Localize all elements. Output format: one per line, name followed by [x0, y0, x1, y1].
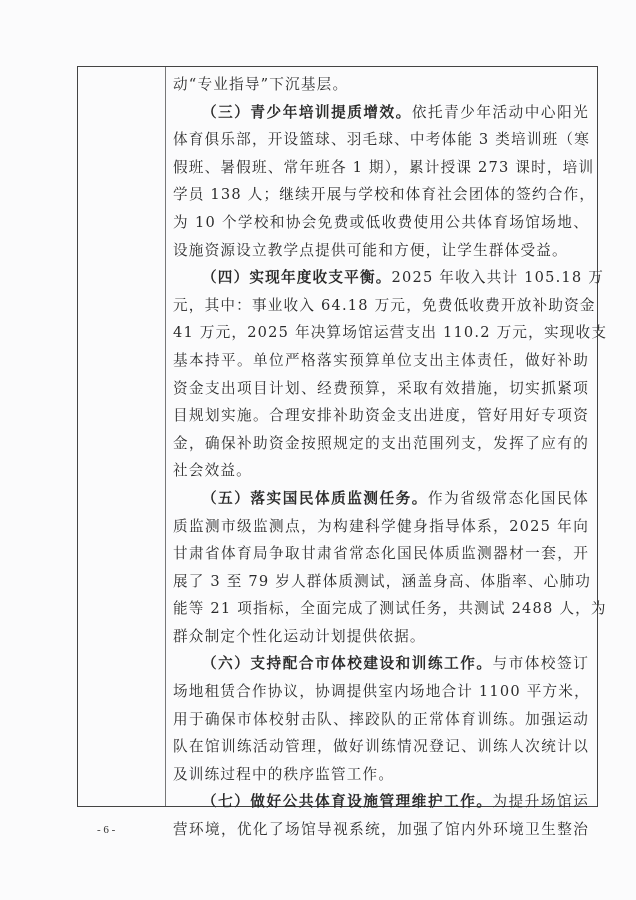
- text-line: 质监测市级监测点，为构建科学健身指导体系，2025 年向: [173, 513, 589, 541]
- text-line: 队在馆训练活动管理，做好训练情况登记、训练人次统计以: [173, 733, 589, 761]
- text-line: 动“专业指导”下沉基层。: [173, 71, 589, 99]
- paragraph-text: 资金支出项目计划、经费预算，采取有效措施，切实抓紧项: [173, 380, 589, 397]
- section-heading: （七）做好公共体育设施管理维护工作。: [202, 793, 493, 810]
- text-line: （四）实现年度收支平衡。2025 年收入共计 105.18 万: [173, 264, 589, 292]
- text-line: （六）支持配合市体校建设和训练工作。与市体校签订: [173, 650, 589, 678]
- text-line: 能等 21 项指标，全面完成了测试任务，共测试 2488 人，为: [173, 595, 589, 623]
- paragraph-text: 假班、暑假班、常年班各 1 期），累计授课 273 课时，培训: [173, 159, 594, 176]
- paragraph-text: 及训练过程中的秩序监管工作。: [173, 766, 394, 783]
- text-line: （五）落实国民体质监测任务。作为省级常态化国民体: [173, 485, 589, 513]
- paragraph-text: 为 10 个学校和协会免费或低收费使用公共体育场馆场地、: [173, 214, 589, 231]
- paragraph-text: 设施资源设立教学点提供可能和方便，让学生群体受益。: [173, 242, 568, 259]
- section-heading: （五）落实国民体质监测任务。: [202, 490, 428, 507]
- text-line: 社会效益。: [173, 457, 589, 485]
- text-line: 设施资源设立教学点提供可能和方便，让学生群体受益。: [173, 237, 589, 265]
- paragraph-text: 依托青少年活动中心阳光: [412, 104, 589, 121]
- text-line: 为 10 个学校和协会免费或低收费使用公共体育场馆场地、: [173, 209, 589, 237]
- paragraph-text: 41 万元，2025 年决算场馆运营支出 110.2 万元，实现收支: [173, 324, 607, 341]
- paragraph-text: 群众制定个性化运动计划提供依据。: [173, 628, 426, 645]
- text-line: 营环境，优化了场馆导视系统，加强了馆内外环境卫生整治: [173, 816, 589, 844]
- paragraph-text: 用于确保市体校射击队、摔跤队的正常体育训练。加强运动: [173, 711, 589, 728]
- content-table: 动“专业指导”下沉基层。（三）青少年培训提质增效。依托青少年活动中心阳光体育俱乐…: [77, 66, 598, 807]
- paragraph-text: 队在馆训练活动管理，做好训练情况登记、训练人次统计以: [173, 738, 589, 755]
- text-line: 学员 138 人；继续开展与学校和体育社会团体的签约合作，: [173, 181, 589, 209]
- text-line: 基本持平。单位严格落实预算单位支出主体责任，做好补助: [173, 347, 589, 375]
- paragraph-text: 学员 138 人；继续开展与学校和体育社会团体的签约合作，: [173, 186, 595, 203]
- table-right-cell: 动“专业指导”下沉基层。（三）青少年培训提质增效。依托青少年活动中心阳光体育俱乐…: [166, 67, 597, 806]
- table-left-cell: [78, 67, 166, 806]
- paragraph-text: 场地租赁合作协议，协调提供室内场地合计 1100 平方米，: [173, 683, 590, 700]
- text-line: 41 万元，2025 年决算场馆运营支出 110.2 万元，实现收支: [173, 319, 589, 347]
- paragraph-text: 动“专业指导”下沉基层。: [173, 76, 348, 93]
- paragraph-text: 作为省级常态化国民体: [428, 490, 589, 507]
- paragraph-text: 社会效益。: [173, 462, 252, 479]
- text-line: 假班、暑假班、常年班各 1 期），累计授课 273 课时，培训: [173, 154, 589, 182]
- paragraph-text: 基本持平。单位严格落实预算单位支出主体责任，做好补助: [173, 352, 589, 369]
- text-line: 资金支出项目计划、经费预算，采取有效措施，切实抓紧项: [173, 375, 589, 403]
- text-line: 元，其中：事业收入 64.18 万元，免费低收费开放补助资金: [173, 292, 589, 320]
- paragraph-text: 营环境，优化了场馆导视系统，加强了馆内外环境卫生整治: [173, 821, 589, 838]
- paragraph-text: 质监测市级监测点，为构建科学健身指导体系，2025 年向: [173, 518, 589, 535]
- text-line: 展了 3 至 79 岁人群体质测试，涵盖身高、体脂率、心肺功: [173, 568, 589, 596]
- paragraph-text: 能等 21 项指标，全面完成了测试任务，共测试 2488 人，为: [173, 600, 607, 617]
- paragraph-text: 甘肃省体育局争取甘肃省常态化国民体质监测器材一套，开: [173, 545, 589, 562]
- text-line: 甘肃省体育局争取甘肃省常态化国民体质监测器材一套，开: [173, 540, 589, 568]
- section-heading: （六）支持配合市体校建设和训练工作。: [202, 655, 493, 672]
- section-heading: （三）青少年培训提质增效。: [202, 104, 412, 121]
- text-line: 体育俱乐部，开设篮球、羽毛球、中考体能 3 类培训班（寒: [173, 126, 589, 154]
- paragraph-text: 元，其中：事业收入 64.18 万元，免费低收费开放补助资金: [173, 297, 596, 314]
- text-line: 目规划实施。合理安排补助资金支出进度，管好用好专项资: [173, 402, 589, 430]
- text-line: 群众制定个性化运动计划提供依据。: [173, 623, 589, 651]
- text-line: 及训练过程中的秩序监管工作。: [173, 761, 589, 789]
- paragraph-text: 为提升场馆运: [493, 793, 590, 810]
- paragraph-text: 体育俱乐部，开设篮球、羽毛球、中考体能 3 类培训班（寒: [173, 131, 590, 148]
- text-line: （三）青少年培训提质增效。依托青少年活动中心阳光: [173, 99, 589, 127]
- text-line: 金，确保补助资金按照规定的支出范围列支，发挥了应有的: [173, 430, 589, 458]
- paragraph-text: 与市体校签订: [493, 655, 590, 672]
- section-heading: （四）实现年度收支平衡。: [202, 269, 392, 286]
- page-number: - 6 -: [97, 824, 115, 836]
- paragraph-text: 金，确保补助资金按照规定的支出范围列支，发挥了应有的: [173, 435, 589, 452]
- paragraph-text: 展了 3 至 79 岁人群体质测试，涵盖身高、体脂率、心肺功: [173, 573, 591, 590]
- text-line: 场地租赁合作协议，协调提供室内场地合计 1100 平方米，: [173, 678, 589, 706]
- paragraph-text: 2025 年收入共计 105.18 万: [392, 269, 604, 286]
- text-line: 用于确保市体校射击队、摔跤队的正常体育训练。加强运动: [173, 706, 589, 734]
- text-line: （七）做好公共体育设施管理维护工作。为提升场馆运: [173, 788, 589, 816]
- paragraph-text: 目规划实施。合理安排补助资金支出进度，管好用好专项资: [173, 407, 589, 424]
